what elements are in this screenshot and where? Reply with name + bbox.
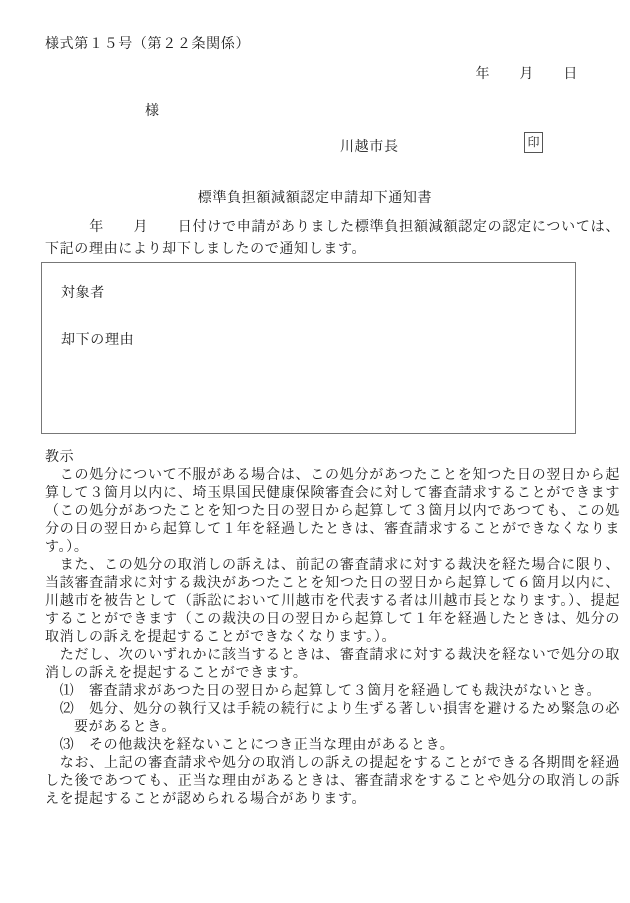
subject-reason-box: 対象者 却下の理由: [41, 262, 576, 434]
document-title: 標準負担額減額認定申請却下通知書: [0, 187, 630, 207]
rejection-reason-label: 却下の理由: [61, 329, 134, 349]
instruction-item-2: ⑵ 処分、処分の執行又は手続の続行により生ずる著しい損害を避けるため緊急の必要が…: [45, 701, 620, 737]
instructions-paragraph-lawsuit: また、この処分の取消しの訴えは、前記の審査請求に対する裁決を経た場合に限り、当該…: [45, 557, 620, 647]
instructions-heading: 教示: [45, 449, 620, 467]
instructions-paragraph-exceptions: ただし、次のいずれかに該当するときは、審査請求に対する裁決を経ないで処分の取消し…: [45, 647, 620, 683]
instructions-paragraph-note: なお、上記の審査請求や処分の取消しの訴えの提起をすることができる各期間を経過した…: [45, 755, 620, 809]
instruction-item-3: ⑶ その他裁決を経ないことにつき正当な理由があるとき。: [45, 737, 620, 755]
instruction-item-1: ⑴ 審査請求があつた日の翌日から起算して３箇月を経過しても裁決がないとき。: [45, 683, 620, 701]
subject-label: 対象者: [61, 282, 105, 302]
instructions-paragraph-appeal: この処分について不服がある場合は、この処分があつたことを知つた日の翌日から起算し…: [45, 467, 620, 557]
form-number: 様式第１５号（第２２条関係）: [45, 33, 250, 53]
addressee-suffix: 様: [145, 100, 160, 120]
date-line: 年 月 日: [475, 63, 578, 83]
seal-stamp: 印: [524, 132, 543, 153]
intro-paragraph: 年 月 日付けで申請がありました標準負担額減額認定の認定については、下記の理由に…: [45, 217, 620, 261]
instructions-section: 教示 この処分について不服がある場合は、この処分があつたことを知つた日の翌日から…: [45, 449, 620, 809]
issuer-name: 川越市長: [340, 136, 399, 156]
